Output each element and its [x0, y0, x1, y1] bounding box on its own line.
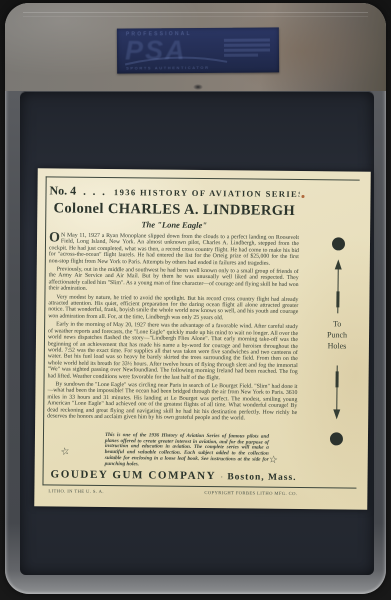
ghost-text-bar	[224, 43, 270, 46]
paper-speck	[301, 195, 304, 198]
paragraph-5: By sundown the "Lone Eagle" was circling…	[47, 381, 297, 422]
litho-imprint: LITHO. IN THE U. S. A.	[48, 488, 104, 494]
ghost-text-bar	[224, 54, 258, 57]
drop-cap: O	[49, 232, 60, 244]
copyright-imprint: COPYRIGHT FORBES LITHO MFG. CO.	[204, 490, 297, 496]
arrow-up-icon	[331, 259, 345, 313]
card-biography: ON May 11, 1927 a Ryan Monoplane slipped…	[47, 232, 299, 422]
punch-hole-dot-bottom	[330, 432, 343, 445]
psa-label-authenticator-text: SPORTS AUTHENTICATOR	[126, 65, 210, 71]
card-subtitle: The "Lone Eagle"	[49, 218, 299, 231]
punch-instructions: To Punch Holes	[304, 318, 370, 352]
punch-line-2: Punch	[304, 329, 370, 341]
slab-mold-line	[23, 12, 368, 13]
footer-separator-dot: ·	[216, 473, 227, 481]
card-border-left	[42, 176, 46, 485]
paragraph-1: ON May 11, 1927 a Ryan Monoplane slipped…	[49, 232, 299, 267]
paragraph-3: Very modest by nature, he tried to avoid…	[48, 294, 298, 322]
star-icon: ☆	[268, 454, 279, 466]
paragraph-2: Previously, out in the middle and southw…	[48, 266, 298, 294]
punch-hole-margin: To Punch Holes	[302, 171, 372, 510]
punch-line-1: To	[304, 318, 370, 330]
card-back: No. 4 . . . 1936 HISTORY OF AVIATION SER…	[34, 168, 371, 509]
card-footer: GOUDEY GUM COMPANY · Boston, Mass.	[51, 468, 297, 483]
paragraph-1-text: N May 11, 1927 a Ryan Monoplane slipped …	[49, 233, 299, 267]
psa-label-fine-print-ghost	[224, 38, 270, 58]
punch-hole-dot-top	[332, 237, 345, 250]
slab-mold-line	[23, 16, 368, 17]
company-city: Boston, Mass.	[227, 472, 296, 483]
arrow-down-icon	[330, 365, 344, 419]
ghost-text-bar	[224, 48, 270, 51]
card-text-block: No. 4 . . . 1936 HISTORY OF AVIATION SER…	[47, 178, 300, 433]
paragraph-4: Early in the morning of May 20, 1927 the…	[48, 322, 299, 382]
graded-card-photo: { "slab": { "label": { "brand": "PSA", "…	[0, 0, 391, 600]
card-number: No. 4	[49, 183, 76, 197]
ghost-text-bar	[224, 38, 270, 41]
card-title: Colonel CHARLES A. LINDBERGH	[49, 200, 299, 220]
psa-label-back: PROFESSIONAL PSA SPORTS AUTHENTICATOR	[117, 27, 279, 73]
company-name: GOUDEY GUM COMPANY	[51, 468, 217, 482]
punch-line-3: Holes	[304, 340, 370, 352]
series-notice: This is one of the 1936 History of Aviat…	[105, 433, 269, 469]
series-title: 1936 HISTORY OF AVIATION SERIES	[114, 187, 300, 199]
series-dots: . . .	[83, 186, 107, 198]
card-series-line: No. 4 . . . 1936 HISTORY OF AVIATION SER…	[49, 181, 299, 202]
slab-smudge	[193, 84, 203, 90]
star-icon: ☆	[60, 446, 71, 459]
